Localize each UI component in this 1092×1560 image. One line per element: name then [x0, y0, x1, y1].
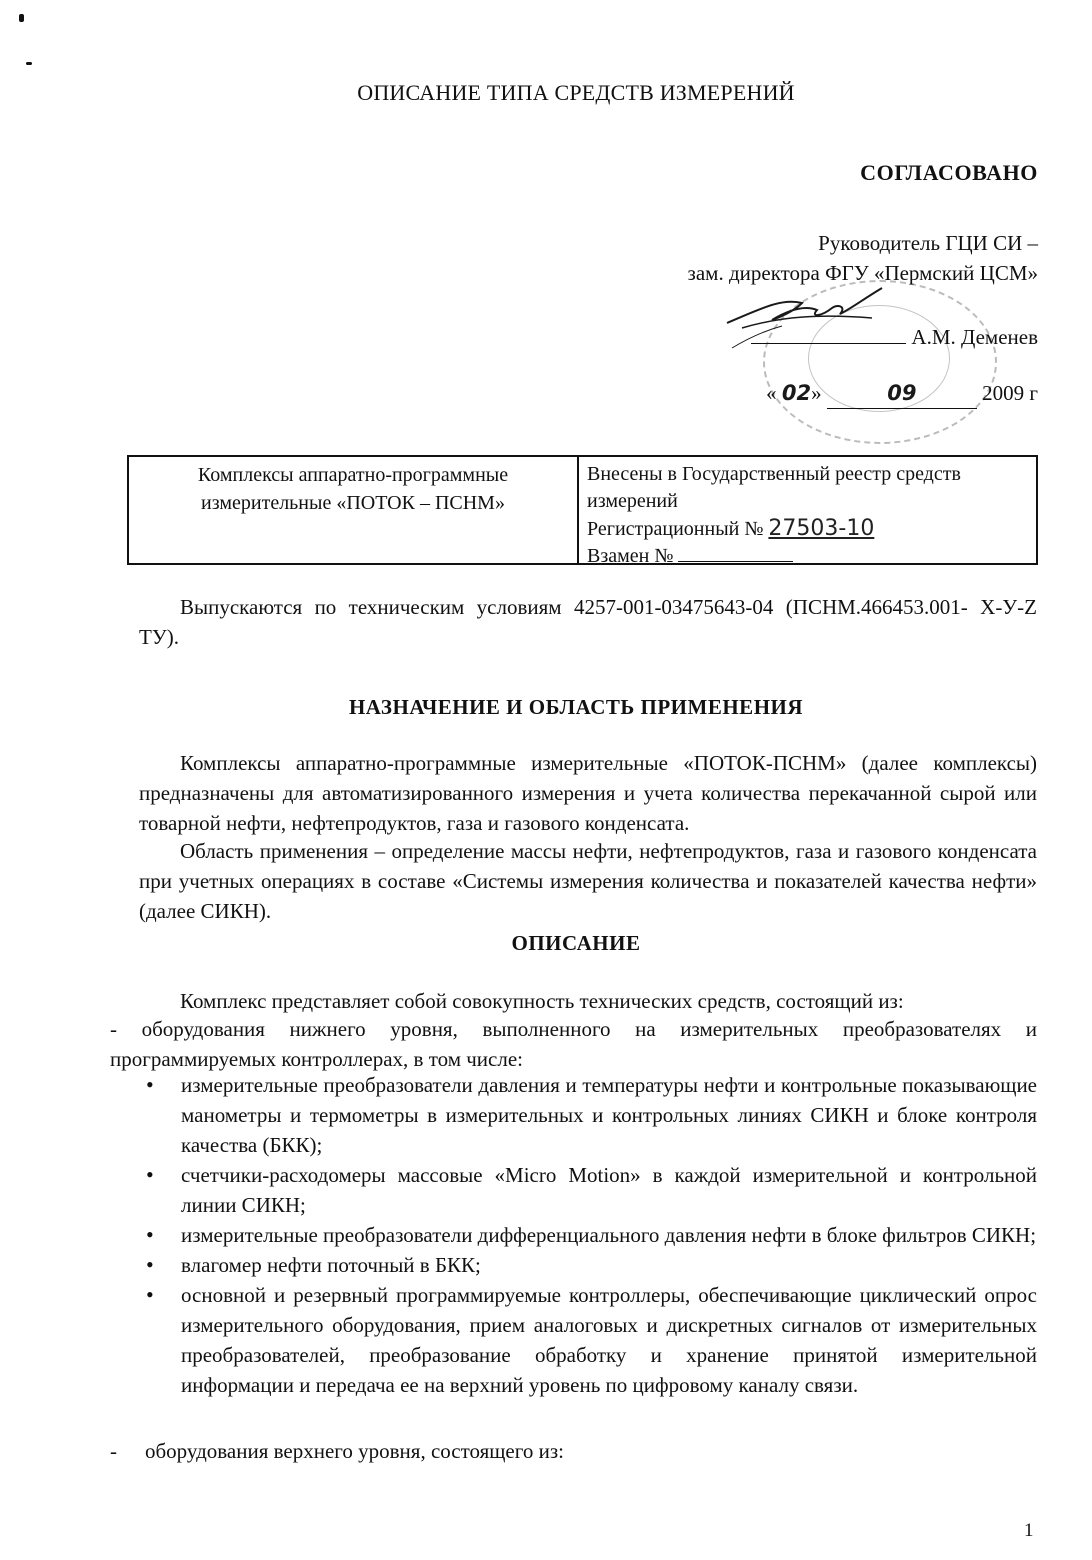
approver-role-line2: зам. директора ФГУ «Пермский ЦСМ»	[518, 258, 1038, 288]
upper-level-equipment: -оборудования верхнего уровня, состоящег…	[110, 1436, 564, 1466]
page-number: 1	[1024, 1516, 1034, 1546]
technical-conditions-paragraph: Выпускаются по техническим условиям 4257…	[139, 592, 1037, 652]
section-heading-description: ОПИСАНИЕ	[0, 928, 1092, 958]
scan-artifact-mark	[26, 62, 32, 65]
upper-level-text: оборудования верхнего уровня, состоящего…	[145, 1439, 564, 1463]
list-item: измерительные преобразователи дифференци…	[141, 1220, 1037, 1250]
lower-level-equipment: - оборудования нижнего уровня, выполненн…	[110, 1014, 1037, 1074]
description-intro: Комплекс представляет собой совокупность…	[139, 986, 1037, 1016]
registration-number-label: Регистрационный №	[587, 518, 763, 540]
registry-product-cell: Комплексы аппаратно-программные измерите…	[129, 457, 579, 563]
approver-role-line1: Руководитель ГЦИ СИ –	[518, 228, 1038, 258]
date-day: 02	[782, 381, 811, 405]
list-item: основной и резервный программируемые кон…	[141, 1280, 1037, 1400]
replacement-number-blank	[678, 561, 793, 562]
replacement-number-row: Взамен №	[587, 543, 1036, 570]
date-close-quote: »	[811, 381, 822, 405]
scan-artifact-mark	[19, 14, 24, 22]
registration-number-value: 27503-10	[768, 516, 874, 541]
document-title: ОПИСАНИЕ ТИПА СРЕДСТВ ИЗМЕРЕНИЙ	[0, 78, 1092, 108]
section-heading-purpose: НАЗНАЧЕНИЕ И ОБЛАСТЬ ПРИМЕНЕНИЯ	[0, 692, 1092, 722]
approval-date: « 02» 09 2009 г	[518, 378, 1038, 409]
registry-table: Комплексы аппаратно-программные измерите…	[127, 455, 1038, 565]
registration-number-row: Регистрационный № 27503-10	[587, 515, 1036, 543]
replacement-number-label: Взамен №	[587, 545, 673, 567]
lower-level-equipment-list: измерительные преобразователи давления и…	[141, 1070, 1037, 1400]
registry-statement-line2: измерений	[587, 488, 1036, 515]
signature-line: А.М. Деменев	[518, 322, 1038, 352]
purpose-paragraph-2: Область применения – определение массы н…	[139, 836, 1037, 926]
date-year: 2009 г	[982, 381, 1038, 405]
date-month: 09	[827, 378, 977, 409]
list-item: измерительные преобразователи давления и…	[141, 1070, 1037, 1160]
approval-block: СОГЛАСОВАНО Руководитель ГЦИ СИ – зам. д…	[518, 158, 1038, 409]
product-name-line2: измерительные «ПОТОК – ПСНМ»	[129, 489, 577, 517]
approver-name: А.М. Деменев	[911, 325, 1038, 349]
date-month-value: 09	[887, 381, 916, 405]
product-name-line1: Комплексы аппаратно-программные	[129, 461, 577, 489]
registry-statement-line1: Внесены в Государственный реестр средств	[587, 461, 1036, 488]
registry-info-cell: Внесены в Государственный реестр средств…	[579, 457, 1036, 563]
signature-blank	[751, 343, 906, 344]
date-open-quote: «	[766, 381, 777, 405]
list-item: влагомер нефти поточный в БКК;	[141, 1250, 1037, 1280]
approval-heading: СОГЛАСОВАНО	[518, 158, 1038, 188]
purpose-paragraph-1: Комплексы аппаратно-программные измерите…	[139, 748, 1037, 838]
upper-level-dash: -	[110, 1436, 145, 1466]
list-item: счетчики-расходомеры массовые «Micro Mot…	[141, 1160, 1037, 1220]
